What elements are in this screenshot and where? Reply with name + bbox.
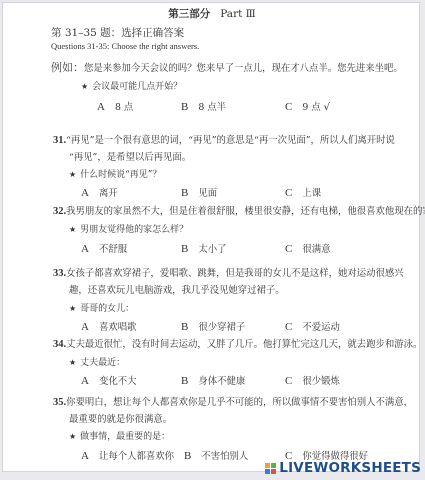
q33-passage-line1: 33.女孩子都喜欢穿裙子，爱唱歌、跳舞，但是我哥的女儿不是这样，她对运动很感兴: [53, 265, 404, 279]
q35-number: 35.: [53, 397, 66, 408]
star-icon: ★: [69, 358, 76, 367]
part-title-en: Part Ⅲ: [220, 8, 256, 20]
instructions-en: Questions 31-35: Choose the right answer…: [51, 41, 199, 51]
star-icon: ★: [69, 432, 76, 441]
q34-option-c[interactable]: C很少锻炼: [285, 373, 340, 387]
q32-passage-line1: 32.我男朋友的家虽然不大，但是住着很舒服，楼里很安静，还有电梯，他很喜欢他现在…: [53, 203, 425, 217]
example-text: 您是来参加今天会议的吗？您来早了一点儿，现在才八点半。您先进来坐吧。: [84, 63, 403, 74]
example-option-b: B8 点半: [181, 99, 226, 113]
example-option-a: A8 点: [97, 99, 133, 113]
watermark-text: LIVEWORKSHEETS: [279, 460, 421, 476]
q31-passage-line1: 31.“再见”是一个很有意思的词，“再见”的意思是“再一次见面”，所以人们离开时…: [53, 132, 395, 146]
example-label: 例如：: [51, 61, 84, 74]
liveworksheets-logo-icon: [265, 463, 276, 474]
q32-number: 32.: [53, 206, 66, 217]
q33-option-a[interactable]: A喜欢唱歌: [81, 319, 136, 333]
q31-option-c[interactable]: C上课: [285, 185, 321, 199]
part-title-zh: 第三部分: [168, 8, 210, 20]
q31-option-a[interactable]: A离开: [81, 185, 118, 199]
example-passage: 例如：您是来参加今天会议的吗？您来早了一点儿，现在才八点半。您先进来坐吧。: [51, 59, 403, 75]
q32-question: ★男朋友觉得他的家怎么样？: [69, 222, 188, 235]
q34-option-b[interactable]: B身体不健康: [181, 373, 245, 387]
q33-option-c[interactable]: C不爱运动: [285, 319, 340, 333]
part-title: 第三部分Part Ⅲ: [3, 6, 421, 21]
q31-number: 31.: [53, 135, 66, 146]
liveworksheets-watermark[interactable]: LIVEWORKSHEETS: [265, 459, 421, 477]
example-option-c: C9 点√: [285, 99, 330, 113]
q31-question: ★什么时候说“再见”？: [69, 167, 161, 180]
q32-option-b[interactable]: B太小了: [181, 241, 226, 255]
q35-option-b[interactable]: B不害怕别人: [184, 448, 248, 462]
example-question: ★会议最可能几点开始？: [81, 79, 182, 92]
q33-number: 33.: [53, 268, 66, 279]
q35-passage-line1: 35.你要明白，想让每个人都喜欢你是几乎不可能的，所以做事情不要害怕别人不满意，: [53, 394, 413, 408]
q34-question: ★丈夫最近：: [69, 355, 125, 368]
q35-question: ★做事情，最重要的是：: [69, 429, 170, 442]
star-icon: ★: [81, 82, 88, 91]
q34-passage-line1: 34.丈夫最近很忙，没有时间去运动，又胖了几斤。他打算忙完这几天，就去跑步和游泳…: [53, 336, 422, 350]
worksheet-page: 第三部分Part Ⅲ 第 31–35 题：选择正确答案 Questions 31…: [2, 2, 420, 472]
instructions-zh: 第 31–35 题：选择正确答案: [51, 25, 184, 40]
checkmark-icon: √: [324, 102, 330, 113]
q35-passage-line2: 最重要的就是你很满意。: [69, 411, 172, 425]
q34-option-a[interactable]: A变化不大: [81, 373, 136, 387]
q35-option-a[interactable]: A让每个人都喜欢你: [81, 448, 174, 462]
q31-passage-line2: “再见”，是希望以后再见面。: [69, 149, 191, 163]
q34-number: 34.: [53, 339, 66, 350]
q33-passage-line2: 趣，还喜欢玩儿电脑游戏，我几乎没见她穿过裙子。: [69, 282, 285, 296]
q33-option-b[interactable]: B很少穿裙子: [181, 319, 245, 333]
q32-option-c[interactable]: C很满意: [285, 241, 330, 255]
star-icon: ★: [69, 170, 76, 179]
star-icon: ★: [69, 225, 76, 234]
q31-option-b[interactable]: B见面: [181, 185, 217, 199]
q33-question: ★哥哥的女儿：: [69, 301, 134, 314]
star-icon: ★: [69, 304, 76, 313]
q32-option-a[interactable]: A不舒服: [81, 241, 127, 255]
